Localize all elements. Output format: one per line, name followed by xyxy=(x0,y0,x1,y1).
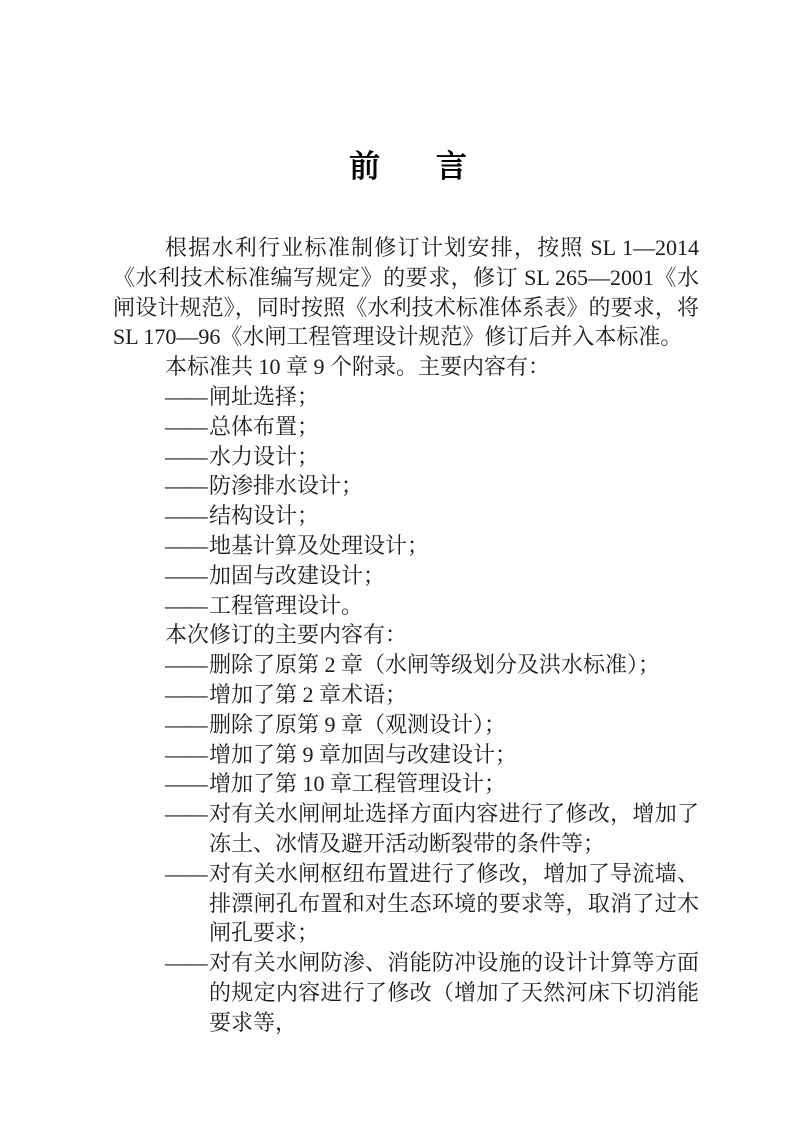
foreword-paragraph: 本标准共 10 章 9 个附录。主要内容有： xyxy=(113,352,699,382)
revision-list-item: —— 删除了原第 9 章（观测设计）； xyxy=(209,710,699,740)
dash-prefix: —— xyxy=(165,859,209,889)
chapter-list-item: —— 结构设计； xyxy=(209,501,699,531)
dash-prefix: —— xyxy=(165,501,209,531)
revision-list-item: —— 增加了第 2 章术语； xyxy=(209,680,699,710)
document-page: 前言 根据水利行业标准制修订计划安排，按照 SL 1—2014《水利技术标准编写… xyxy=(0,0,802,1122)
dash-prefix: —— xyxy=(165,948,209,978)
chapter-list-item-text: 水力设计； xyxy=(209,444,319,469)
chapter-list-item: —— 地基计算及处理设计； xyxy=(209,531,699,561)
chapter-list-item-text: 防渗排水设计； xyxy=(209,473,363,498)
chapter-list-item-text: 加固与改建设计； xyxy=(209,563,385,588)
revision-list-item: —— 对有关水闸闸址选择方面内容进行了修改，增加了冻土、冰情及避开活动断裂带的条… xyxy=(209,799,699,859)
revision-list-item: —— 增加了第 10 章工程管理设计； xyxy=(209,769,699,799)
page-title-text: 前言 xyxy=(293,149,522,185)
revision-list-item: —— 对有关水闸枢纽布置进行了修改，增加了导流墙、排漂闸孔布置和对生态环境的要求… xyxy=(209,859,699,948)
revision-list-item-text: 对有关水闸防渗、消能防冲设施的设计计算等方面的规定内容进行了修改（增加了天然河床… xyxy=(209,950,699,1035)
chapter-list-item-text: 总体布置； xyxy=(209,414,319,439)
revision-list-item-text: 增加了第 10 章工程管理设计； xyxy=(209,771,506,796)
dash-prefix: —— xyxy=(165,561,209,591)
dash-prefix: —— xyxy=(165,591,209,621)
revision-list-item-text: 增加了第 9 章加固与改建设计； xyxy=(209,742,517,767)
dash-prefix: —— xyxy=(165,382,209,412)
foreword-body: 根据水利行业标准制修订计划安排，按照 SL 1—2014《水利技术标准编写规定》… xyxy=(113,233,699,1038)
foreword-paragraph: 本次修订的主要内容有： xyxy=(113,620,699,650)
chapter-list-item: —— 工程管理设计。 xyxy=(209,591,699,621)
dash-prefix: —— xyxy=(165,531,209,561)
dash-prefix: —— xyxy=(165,412,209,442)
page-title: 前言 xyxy=(113,148,703,192)
chapter-list-item-text: 结构设计； xyxy=(209,503,319,528)
chapter-list-item-text: 闸址选择； xyxy=(209,384,319,409)
revision-list-item: —— 删除了原第 2 章（水闸等级划分及洪水标准）； xyxy=(209,650,699,680)
revision-list-item-text: 对有关水闸枢纽布置进行了修改，增加了导流墙、排漂闸孔布置和对生态环境的要求等，取… xyxy=(209,861,699,946)
dash-prefix: —— xyxy=(165,769,209,799)
dash-prefix: —— xyxy=(165,650,209,680)
chapter-list-item: —— 总体布置； xyxy=(209,412,699,442)
revision-list-item-text: 对有关水闸闸址选择方面内容进行了修改，增加了冻土、冰情及避开活动断裂带的条件等； xyxy=(209,801,699,856)
chapter-list-item: —— 加固与改建设计； xyxy=(209,561,699,591)
dash-prefix: —— xyxy=(165,799,209,829)
chapter-list-item: —— 闸址选择； xyxy=(209,382,699,412)
dash-prefix: —— xyxy=(165,471,209,501)
revision-list-item-text: 删除了原第 9 章（观测设计）； xyxy=(209,712,506,737)
chapter-list-item: —— 防渗排水设计； xyxy=(209,471,699,501)
revision-list-item-text: 删除了原第 2 章（水闸等级划分及洪水标准）； xyxy=(209,652,660,677)
dash-prefix: —— xyxy=(165,740,209,770)
dash-prefix: —— xyxy=(165,680,209,710)
foreword-paragraph: 根据水利行业标准制修订计划安排，按照 SL 1—2014《水利技术标准编写规定》… xyxy=(113,233,699,352)
dash-prefix: —— xyxy=(165,442,209,472)
dash-prefix: —— xyxy=(165,710,209,740)
chapter-list-item-text: 工程管理设计。 xyxy=(209,593,363,618)
revision-list-item: —— 增加了第 9 章加固与改建设计； xyxy=(209,740,699,770)
chapter-list-item: —— 水力设计； xyxy=(209,442,699,472)
revision-list-item-text: 增加了第 2 章术语； xyxy=(209,682,407,707)
revision-list-item: —— 对有关水闸防渗、消能防冲设施的设计计算等方面的规定内容进行了修改（增加了天… xyxy=(209,948,699,1037)
chapter-list-item-text: 地基计算及处理设计； xyxy=(209,533,429,558)
